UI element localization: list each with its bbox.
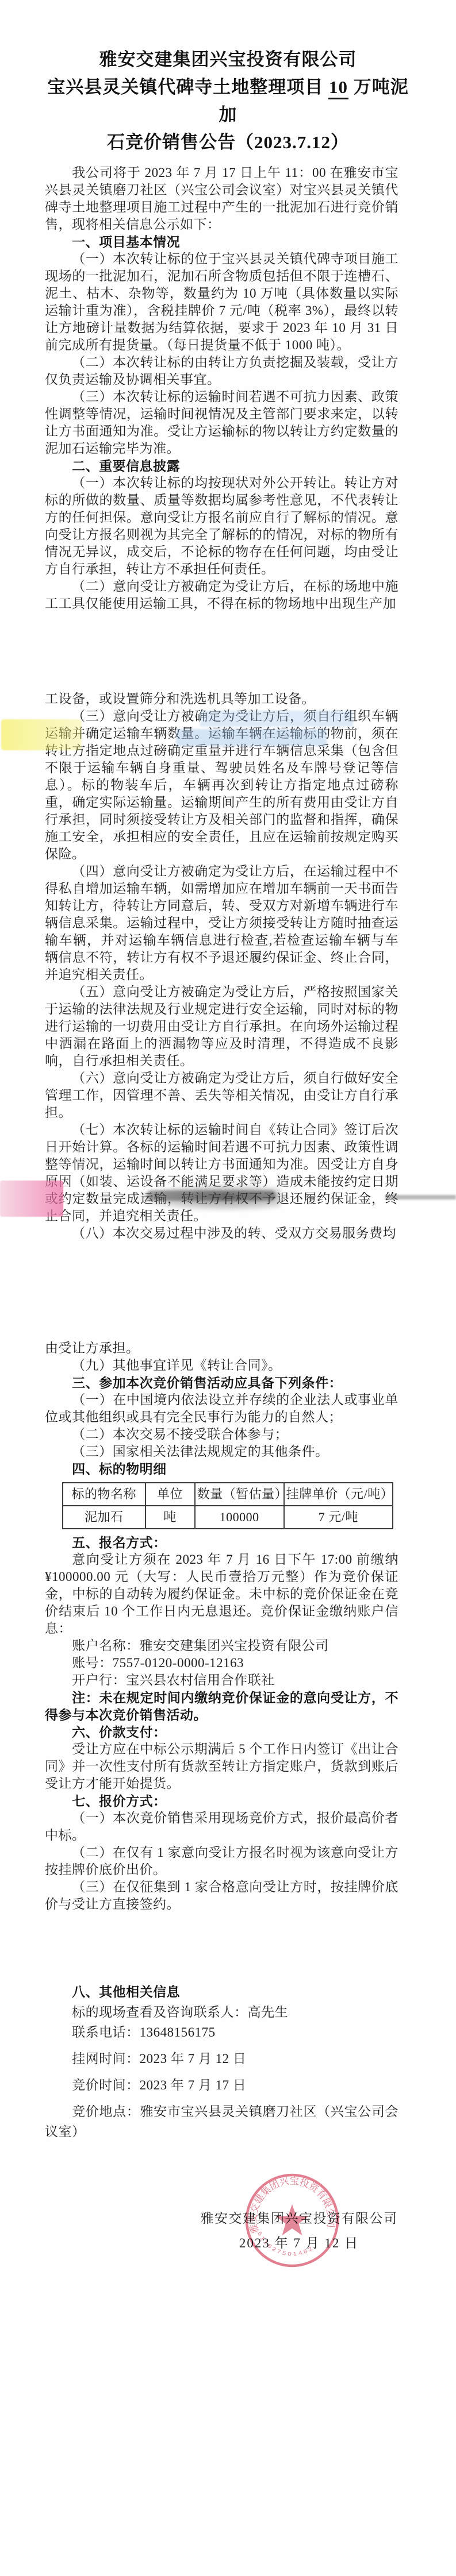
paragraph: （二）本次转让标的由转让方负责挖掘及装载，受让方仅负责运输及协调相关事宜。 [45, 354, 398, 388]
paragraph: （六）意向受让方被确定为受让方后，须自行做好安全管理工作，因管理不善、丢失等相关… [45, 1070, 398, 1121]
paragraph: （一）本次转让标的位于宝兴县灵关镇代碑寺项目施工现场的一批泥加石，泥加石所含物质… [45, 250, 398, 354]
document-page-4: 八、其他相关信息标的现场查看及咨询联系人：高先生联系电话：13648156175… [0, 1982, 456, 2142]
table-header-cell: 数量（暂估量） [195, 1483, 284, 1506]
seal-star-icon [276, 2204, 309, 2235]
title-line-2: 宝兴县灵关镇代碑寺土地整理项目 10 万吨泥加 [45, 74, 411, 129]
document-page-2: 工设备，或设置筛分和洗选机具等加工设备。（三）意向受让方被确定为受让方后，须自行… [0, 691, 456, 1242]
section-heading: 三、参加本次竞价销售活动应具备下列条件： [45, 1374, 398, 1391]
section-heading: 六、价款支付： [45, 1723, 398, 1741]
paragraph: （一）本次转让标的均按现状对外公开转让。转让方对标的所做的数量、质量等数据均属参… [45, 475, 398, 578]
section-heading: 七、报价方式： [45, 1792, 398, 1810]
svg-text:511827501482: 511827501482 [256, 2231, 315, 2258]
paragraph: （三）国家相关法律法规规定的其他条件。 [45, 1443, 398, 1460]
paragraph: （三）意向受让方被确定为受让方后，须自行组织车辆运输并确定运输车辆数量。运输车辆… [45, 708, 398, 863]
paragraph: 挂网时间：2023 年 7 月 12 日 [45, 2049, 398, 2069]
paragraph: （一）本次竞价销售采用现场竞价方式，报价最高价者中标。 [45, 1810, 398, 1844]
paragraph: （九）其他事宜详见《转让合同》。 [45, 1357, 398, 1374]
table-header-cell: 挂牌单价（元/吨） [284, 1483, 393, 1506]
lot-details-table: 标的物名称 单位 数量（暂估量） 挂牌单价（元/吨） 泥加石 吨 100000 … [62, 1482, 393, 1529]
table-header-row: 标的物名称 单位 数量（暂估量） 挂牌单价（元/吨） [63, 1483, 393, 1506]
document-page-1: 雅安交建集团兴宝投资有限公司 宝兴县灵关镇代碑寺土地整理项目 10 万吨泥加 石… [0, 46, 456, 612]
paragraph: （二）本次交易不接受联合体参与； [45, 1426, 398, 1443]
table-cell: 泥加石 [63, 1506, 145, 1529]
paragraph: 竞价时间：2023 年 7 月 17 日 [45, 2075, 398, 2095]
paragraph: （八）本次交易过程中涉及的转、受双方交易服务费均 [45, 1225, 398, 1242]
paragraph: 意向受让方须在 2023 年 7 月 16 日下午 17:00 前缴纳 ¥100… [45, 1551, 398, 1637]
document-title: 雅安交建集团兴宝投资有限公司 宝兴县灵关镇代碑寺土地整理项目 10 万吨泥加 石… [45, 46, 411, 156]
paragraph: 受让方应在中标公示期满后 5 个工作日内签订《出让合同》并一次性支付所有货款至转… [45, 1741, 398, 1792]
paragraph: （三）本次转让标的运输时间若遇不可抗力因素、政策性调整等情况，运输时间视情况及主… [45, 388, 398, 457]
paragraph: （七）本次转让标的运输时间自《转让合同》签订后次日开始计算。各标的运输时间若遇不… [45, 1121, 398, 1225]
page-2-body: 工设备，或设置筛分和洗选机具等加工设备。（三）意向受让方被确定为受让方后，须自行… [45, 691, 398, 1242]
paragraph: 注：未在规定时间内缴纳竞价保证金的意向受让方，不得参与本次竞价销售活动。 [45, 1689, 398, 1723]
company-seal-stamp: 雅安交建集团兴宝投资有限公司 511827501482 [244, 2172, 340, 2269]
section-heading: 二、重要信息披露 [45, 457, 398, 475]
seal-code-text: 511827501482 [256, 2231, 315, 2258]
paragraph: （三）在仅征集到 1 家合格意向受让方时，按挂牌价底价与受让方直接签约。 [45, 1879, 398, 1913]
page-3-body: 由受让方承担。（九）其他事宜详见《转让合同》。三、参加本次竞价销售活动应具备下列… [45, 1340, 398, 1913]
table-cell: 7 元/吨 [284, 1506, 393, 1529]
table-row: 泥加石 吨 100000 7 元/吨 [63, 1506, 393, 1529]
section-heading: 一、项目基本情况 [45, 233, 398, 250]
paragraph: （五）意向受让方被确定为受让方后，严格按照国家关于运输的法律法规及行业规定进行安… [45, 984, 398, 1070]
paragraph: （四）意向受让方被确定为受让方后，在运输过程中不得私自增加运输车辆，如需增加应在… [45, 863, 398, 984]
paragraph: （一）在中国境内依法设立并存续的企业法人或事业单位或其他组织或具有完全民事行为能… [45, 1391, 398, 1426]
underlined-quantity: 10 [328, 77, 348, 99]
page-4-body: 八、其他相关信息标的现场查看及咨询联系人：高先生联系电话：13648156175… [45, 1982, 398, 2142]
paragraph: 由受让方承担。 [45, 1340, 398, 1357]
title-line-3: 石竞价销售公告（2023.7.12） [45, 129, 411, 156]
table-header-cell: 标的物名称 [63, 1483, 145, 1506]
paragraph: （二）在仅有 1 家意向受让方报名时视为该意向受让方按挂牌价底价出价。 [45, 1844, 398, 1879]
document-page-3: 由受让方承担。（九）其他事宜详见《转让合同》。三、参加本次竞价销售活动应具备下列… [0, 1340, 456, 1913]
paragraph: （二）意向受让方被确定为受让方后，在标的场地中施工工具仅能使用运输工具，不得在标… [45, 578, 398, 612]
paragraph: 账户名称：雅安交建集团兴宝投资有限公司 [45, 1637, 398, 1655]
section-heading: 八、其他相关信息 [45, 1982, 398, 2002]
paragraph: 标的现场查看及咨询联系人：高先生 [45, 2002, 398, 2022]
table-header-cell: 单位 [145, 1483, 195, 1506]
paragraph: 账号：7557-0120-0000-12163 [45, 1655, 398, 1672]
table-cell: 吨 [145, 1506, 195, 1529]
section-heading: 四、标的物明细 [45, 1460, 398, 1478]
paragraph: 工设备，或设置筛分和洗选机具等加工设备。 [45, 691, 398, 708]
section-heading: 五、报名方式： [45, 1534, 398, 1551]
title-line-1: 雅安交建集团兴宝投资有限公司 [45, 46, 411, 74]
paragraph: 竞价地点：雅安市宝兴县灵关镇磨刀社区（兴宝公司会议室） [45, 2101, 398, 2142]
paragraph: 开户行：宝兴县农村信用合作联社 [45, 1672, 398, 1689]
page-1-body: 我公司将于 2023 年 7 月 17 日上午 11：00 在雅安市宝兴县灵关镇… [45, 164, 398, 612]
table-cell: 100000 [195, 1506, 284, 1529]
paragraph: 联系电话：13648156175 [45, 2022, 398, 2042]
paragraph: 我公司将于 2023 年 7 月 17 日上午 11：00 在雅安市宝兴县灵关镇… [45, 164, 398, 233]
scanned-document: 雅安交建集团兴宝投资有限公司 宝兴县灵关镇代碑寺土地整理项目 10 万吨泥加 石… [0, 0, 456, 2576]
